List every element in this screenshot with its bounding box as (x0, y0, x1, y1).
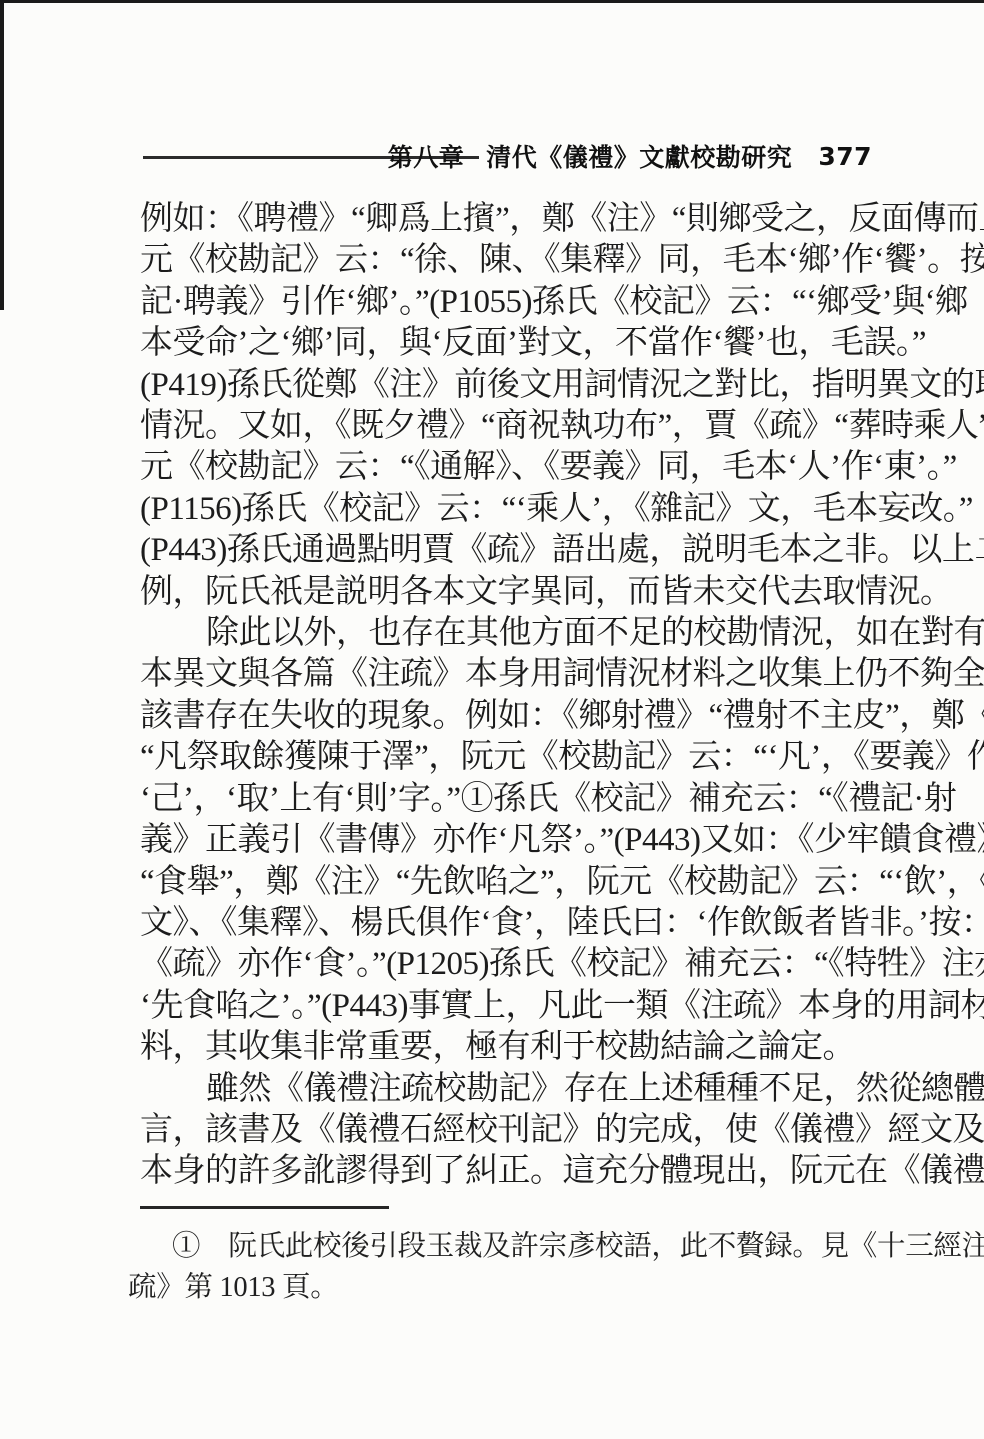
text-line: 義》正義引《書傳》亦作‘凡祭’。”(P443)又如：《少牢饋食禮》 (140, 820, 880, 861)
text-line: ‘己’，‘取’上有‘則’字。”①孫氏《校記》補充云：“《禮記·射 (140, 779, 880, 820)
text-line-paragraph-start: 雖然《儀禮注疏校勘記》存在上述種種不足，然從總體而 (140, 1069, 880, 1110)
text-line: (P419)孫氏從鄭《注》前後文用詞情況之對比，指明異文的取從 (140, 365, 880, 406)
text-line: 文》、《集釋》、楊氏俱作‘食’，陸氏曰：‘作飲飯者皆非。’按： (140, 903, 880, 944)
text-line: 本異文與各篇《注疏》本身用詞情況材料之收集上仍不夠全面， (140, 654, 880, 695)
text-line: 例，阮氏祇是説明各本文字異同，而皆未交代去取情況。 (140, 572, 880, 613)
page-title: 清代《儀禮》文獻校勘研究 (486, 138, 792, 174)
text-line: 情況。又如，《既夕禮》“商祝執功布”，賈《疏》“葬時乘人”，阮 (140, 406, 880, 447)
text-line: 本受命’之‘鄉’同，與‘反面’對文，不當作‘饗’也，毛誤。” (140, 323, 880, 364)
text-line: 料，其收集非常重要，極有利于校勘結論之論定。 (140, 1027, 880, 1068)
text-line: 元《校勘記》云：“徐、陳、《集釋》同，毛本‘鄉’作‘饗’。按：《禮 (140, 240, 880, 281)
text-line: 《疏》亦作‘食’。”(P1205)孫氏《校記》補充云：“《特牲》注亦作 (140, 944, 880, 985)
scan-artifact-top-edge (0, 0, 984, 3)
footnote-line: 疏》第 1013 頁。 (128, 1267, 876, 1308)
text-line: “食舉”，鄭《注》“先飲啗之”，阮元《校勘記》云：“‘飲’，《釋 (140, 862, 880, 903)
book-page: 第八章 清代《儀禮》文獻校勘研究 377 例如：《聘禮》“卿爲上擯”，鄭《注》“… (0, 0, 984, 1439)
text-line: 元《校勘記》云：“《通解》、《要義》同，毛本‘人’作‘東’。” (140, 447, 880, 488)
text-line-paragraph-start: 除此以外，也存在其他方面不足的校勘情況，如在對有關版 (140, 613, 880, 654)
text-line: 記·聘義》引作‘鄉’。”(P1055)孫氏《校記》云：“‘鄉受’與‘鄉 (140, 282, 880, 323)
text-line: (P1156)孫氏《校記》云：“‘乘人’，《雜記》文，毛本妄改。” (140, 489, 880, 530)
text-line: 該書存在失收的現象。例如：《鄉射禮》“禮射不主皮”，鄭《注》 (140, 696, 880, 737)
text-line: “凡祭取餘獲陳于澤”，阮元《校勘記》云：“‘凡’，《要義》作 (140, 737, 880, 778)
page-number: 377 (818, 142, 872, 171)
body-text: 例如：《聘禮》“卿爲上擯”，鄭《注》“則鄉受之，反面傳而上”，阮 元《校勘記》云… (140, 199, 880, 1193)
text-line: ‘先食啗之’。”(P443)事實上，凡此一類《注疏》本身的用詞材 (140, 986, 880, 1027)
chapter-label: 第八章 (388, 138, 465, 174)
footnote-line: ① 阮氏此校後引段玉裁及許宗彥校語，此不贅録。見《十三經注 (128, 1226, 876, 1267)
footnote: ① 阮氏此校後引段玉裁及許宗彥校語，此不贅録。見《十三經注 疏》第 1013 頁… (128, 1226, 876, 1308)
text-line: (P443)孫氏通過點明賈《疏》語出處，説明毛本之非。以上二 (140, 530, 880, 571)
running-header: 第八章 清代《儀禮》文獻校勘研究 377 (0, 140, 872, 172)
text-line: 本身的許多訛謬得到了糾正。這充分體現出，阮元在《儀禮》校 (140, 1151, 880, 1192)
footnote-divider (140, 1206, 389, 1209)
text-line: 言，該書及《儀禮石經校刊記》的完成，使《儀禮》經文及《注疏》 (140, 1110, 880, 1151)
text-line: 例如：《聘禮》“卿爲上擯”，鄭《注》“則鄉受之，反面傳而上”，阮 (140, 199, 880, 240)
